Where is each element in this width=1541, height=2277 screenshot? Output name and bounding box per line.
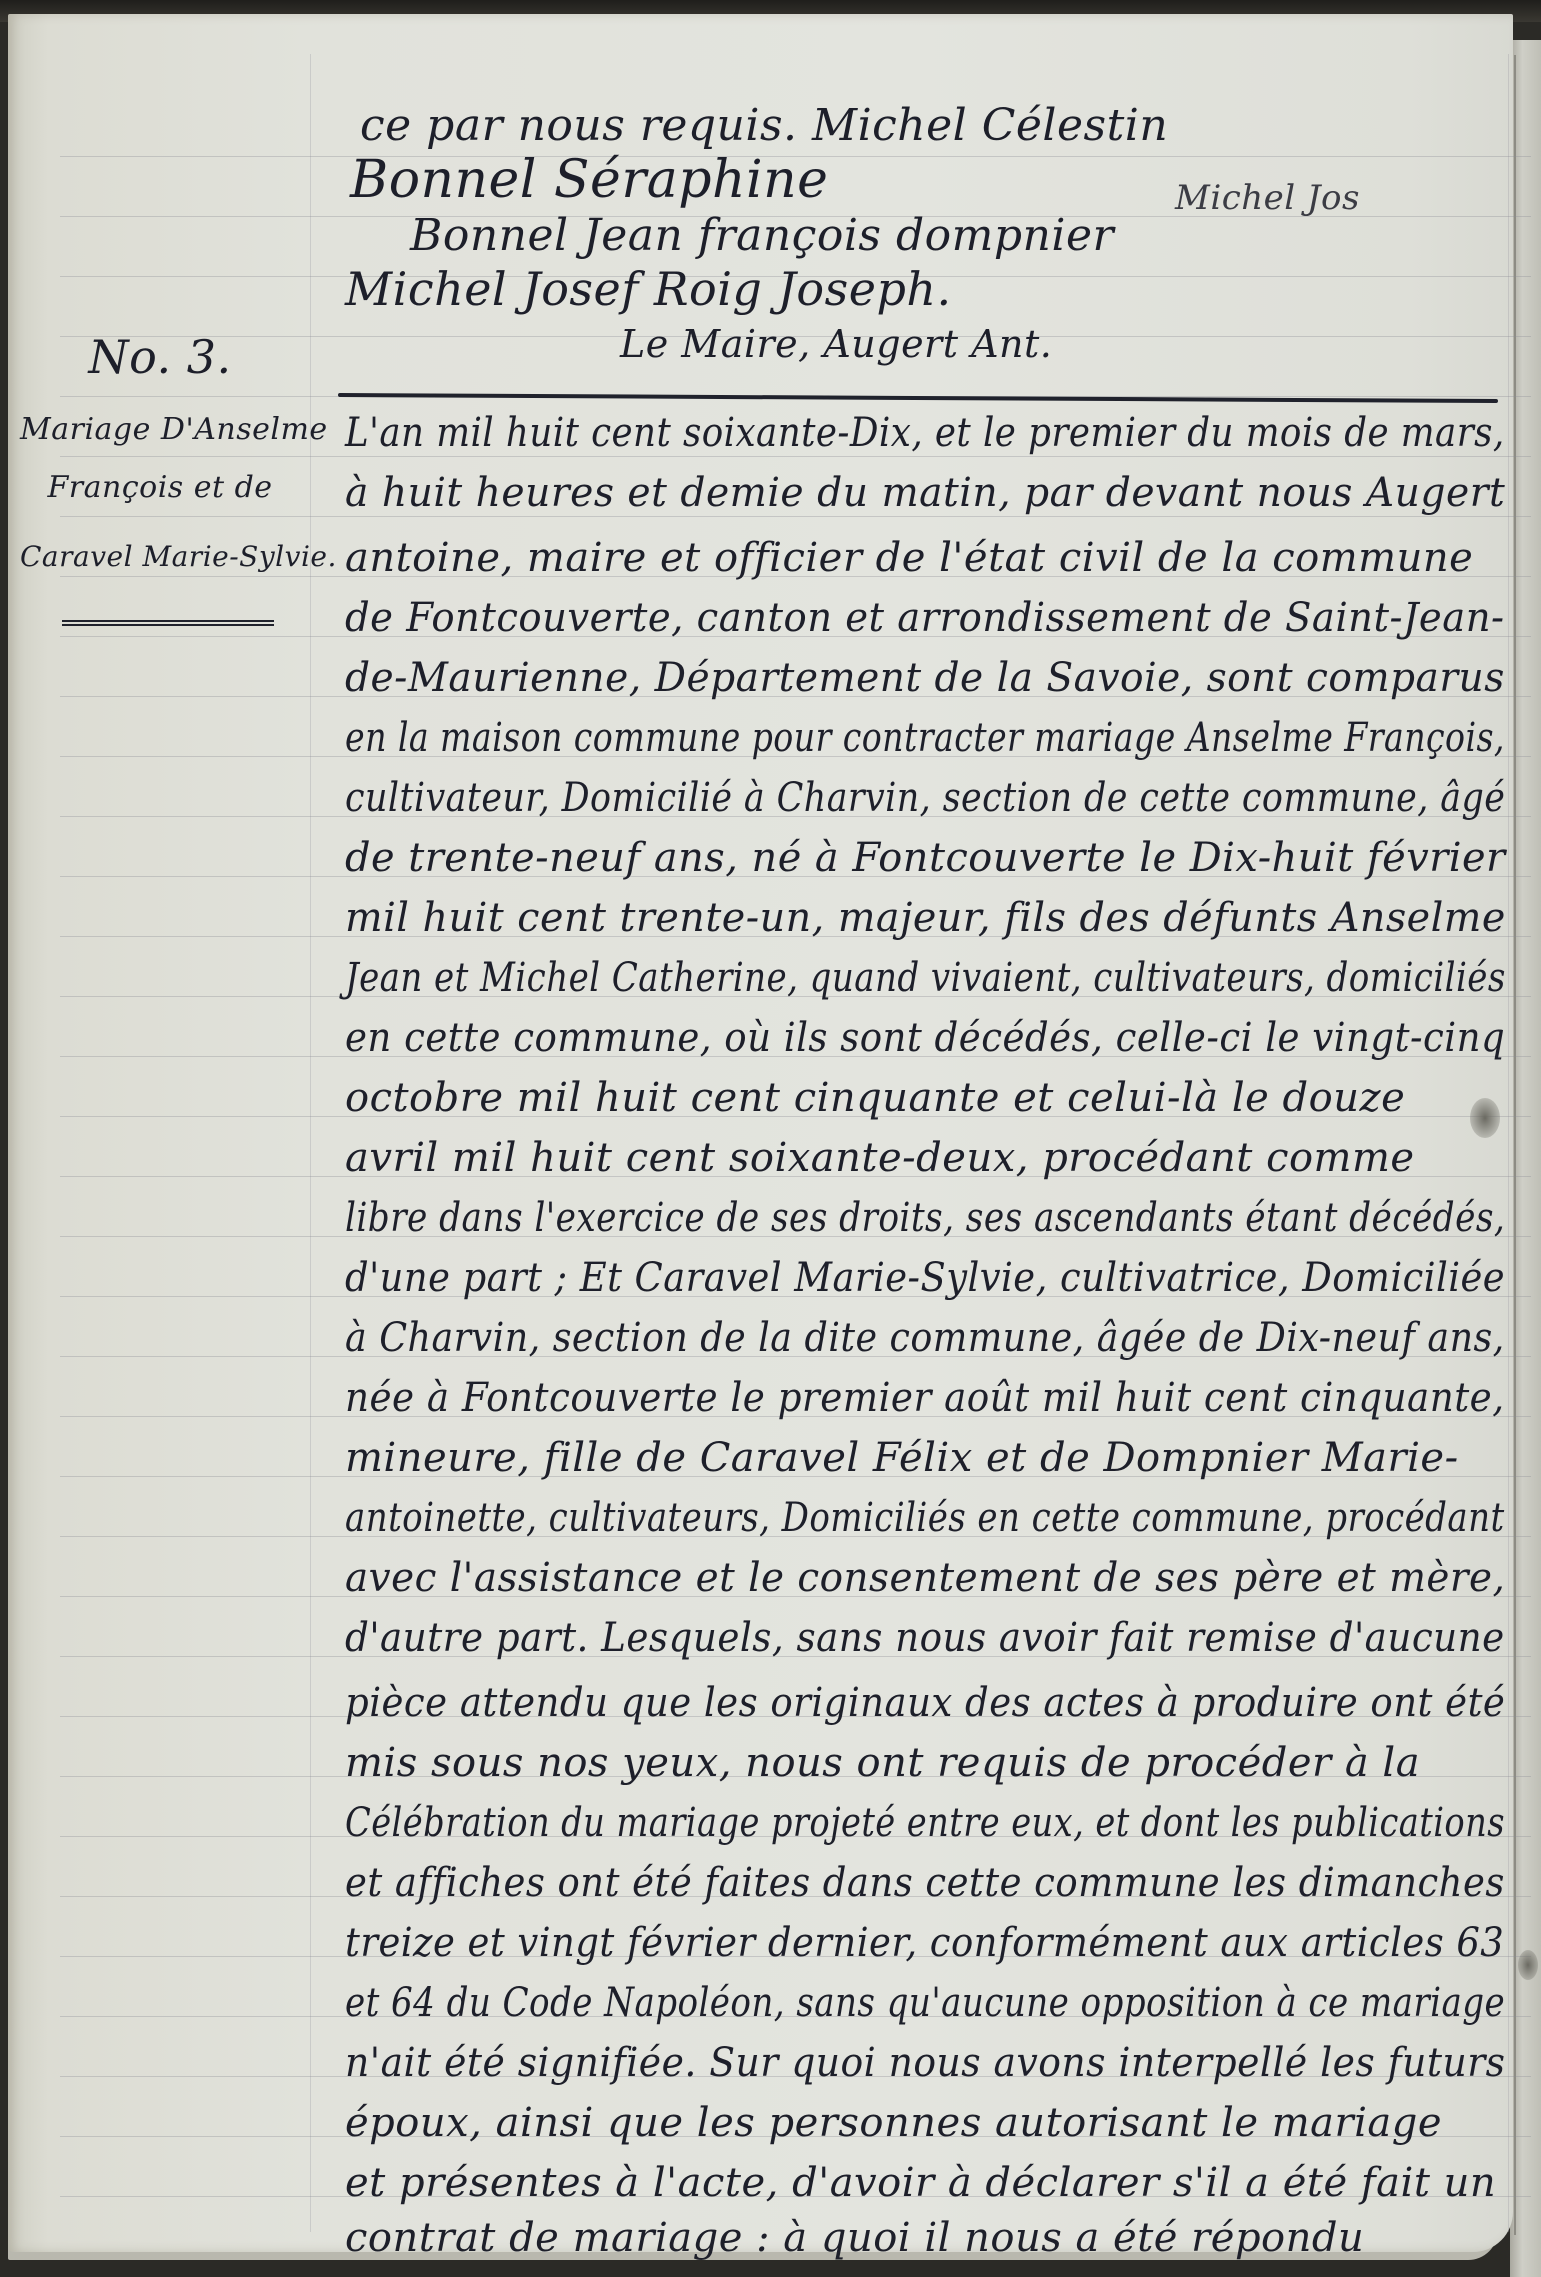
act-line: libre dans l'exercice de ses droits, ses… [345,1195,1505,1241]
act-line: Célébration du mariage projeté entre eux… [345,1800,1505,1846]
signature-maire: Le Maire, Augert Ant. [620,322,1052,366]
margin-rule-right [1508,54,1509,2232]
margin-title-line: François et de [20,470,300,505]
act-line: L'an mil huit cent soixante-Dix, et le p… [345,410,1505,456]
ink-stain [1518,1950,1538,1980]
signature-paraph: Michel Jos [1175,178,1360,218]
margin-title-line: Mariage D'Anselme [20,412,300,447]
act-line: treize et vingt février dernier, conform… [345,1920,1504,1966]
act-line: à Charvin, section de la dite commune, â… [345,1315,1505,1361]
act-line: antoinette, cultivateurs, Domiciliés en … [345,1495,1505,1541]
act-line: mis sous nos yeux, nous ont requis de pr… [345,1740,1420,1786]
act-line: cultivateur, Domicilié à Charvin, sectio… [345,775,1505,821]
signature-michel-joseph: Michel Josef Roig Joseph. [345,262,952,316]
act-line: et présentes à l'acte, d'avoir à déclare… [345,2160,1496,2206]
act-line: à huit heures et demie du matin, par dev… [345,470,1505,516]
margin-underline [62,624,274,626]
previous-act-closing-line: ce par nous requis. Michel Célestin [360,100,1168,151]
signature-bonnel-jean-francois: Bonnel Jean françois dompnier [410,210,1114,261]
binding-stitch-line [1514,55,1516,2235]
act-line: d'autre part. Lesquels, sans nous avoir … [345,1615,1505,1661]
act-line: mil huit cent trente-un, majeur, fils de… [345,895,1506,941]
act-line: de Fontcouverte, canton et arrondissemen… [345,595,1505,641]
act-line: pièce attendu que les originaux des acte… [345,1680,1505,1726]
act-line: et affiches ont été faites dans cette co… [345,1860,1505,1906]
act-line: avril mil huit cent soixante-deux, procé… [345,1135,1415,1181]
act-line: Jean et Michel Catherine, quand vivaient… [345,955,1506,1001]
act-line: de trente-neuf ans, né à Fontcouverte le… [345,835,1506,881]
act-line: mineure, fille de Caravel Félix et de Do… [345,1435,1459,1481]
act-line: et 64 du Code Napoléon, sans qu'aucune o… [345,1980,1505,2026]
act-line: octobre mil huit cent cinquante et celui… [345,1075,1405,1121]
act-line: en la maison commune pour contracter mar… [345,715,1505,761]
margin-title-line: Caravel Marie-Sylvie. [20,540,300,573]
act-number: No. 3. [20,330,300,384]
act-line: antoine, maire et officier de l'état civ… [345,535,1473,581]
act-line: avec l'assistance et le consentement de … [345,1555,1505,1601]
act-line: d'une part ; Et Caravel Marie-Sylvie, cu… [345,1255,1505,1301]
act-line: époux, ainsi que les personnes autorisan… [345,2100,1442,2146]
act-line: en cette commune, où ils sont décédés, c… [345,1015,1505,1061]
ink-stain [1470,1098,1500,1138]
signature-bonnel-seraphine: Bonnel Séraphine [350,150,828,210]
margin-rule [310,54,311,2232]
act-line: née à Fontcouverte le premier août mil h… [345,1375,1505,1421]
act-line: de-Maurienne, Département de la Savoie, … [345,655,1505,701]
act-line: n'ait été signifiée. Sur quoi nous avons… [345,2040,1505,2086]
ruled-line [60,516,1531,517]
margin-underline [62,620,274,622]
act-line: contrat de mariage : à quoi il nous a ét… [345,2215,1364,2261]
ruled-line [60,456,1531,457]
